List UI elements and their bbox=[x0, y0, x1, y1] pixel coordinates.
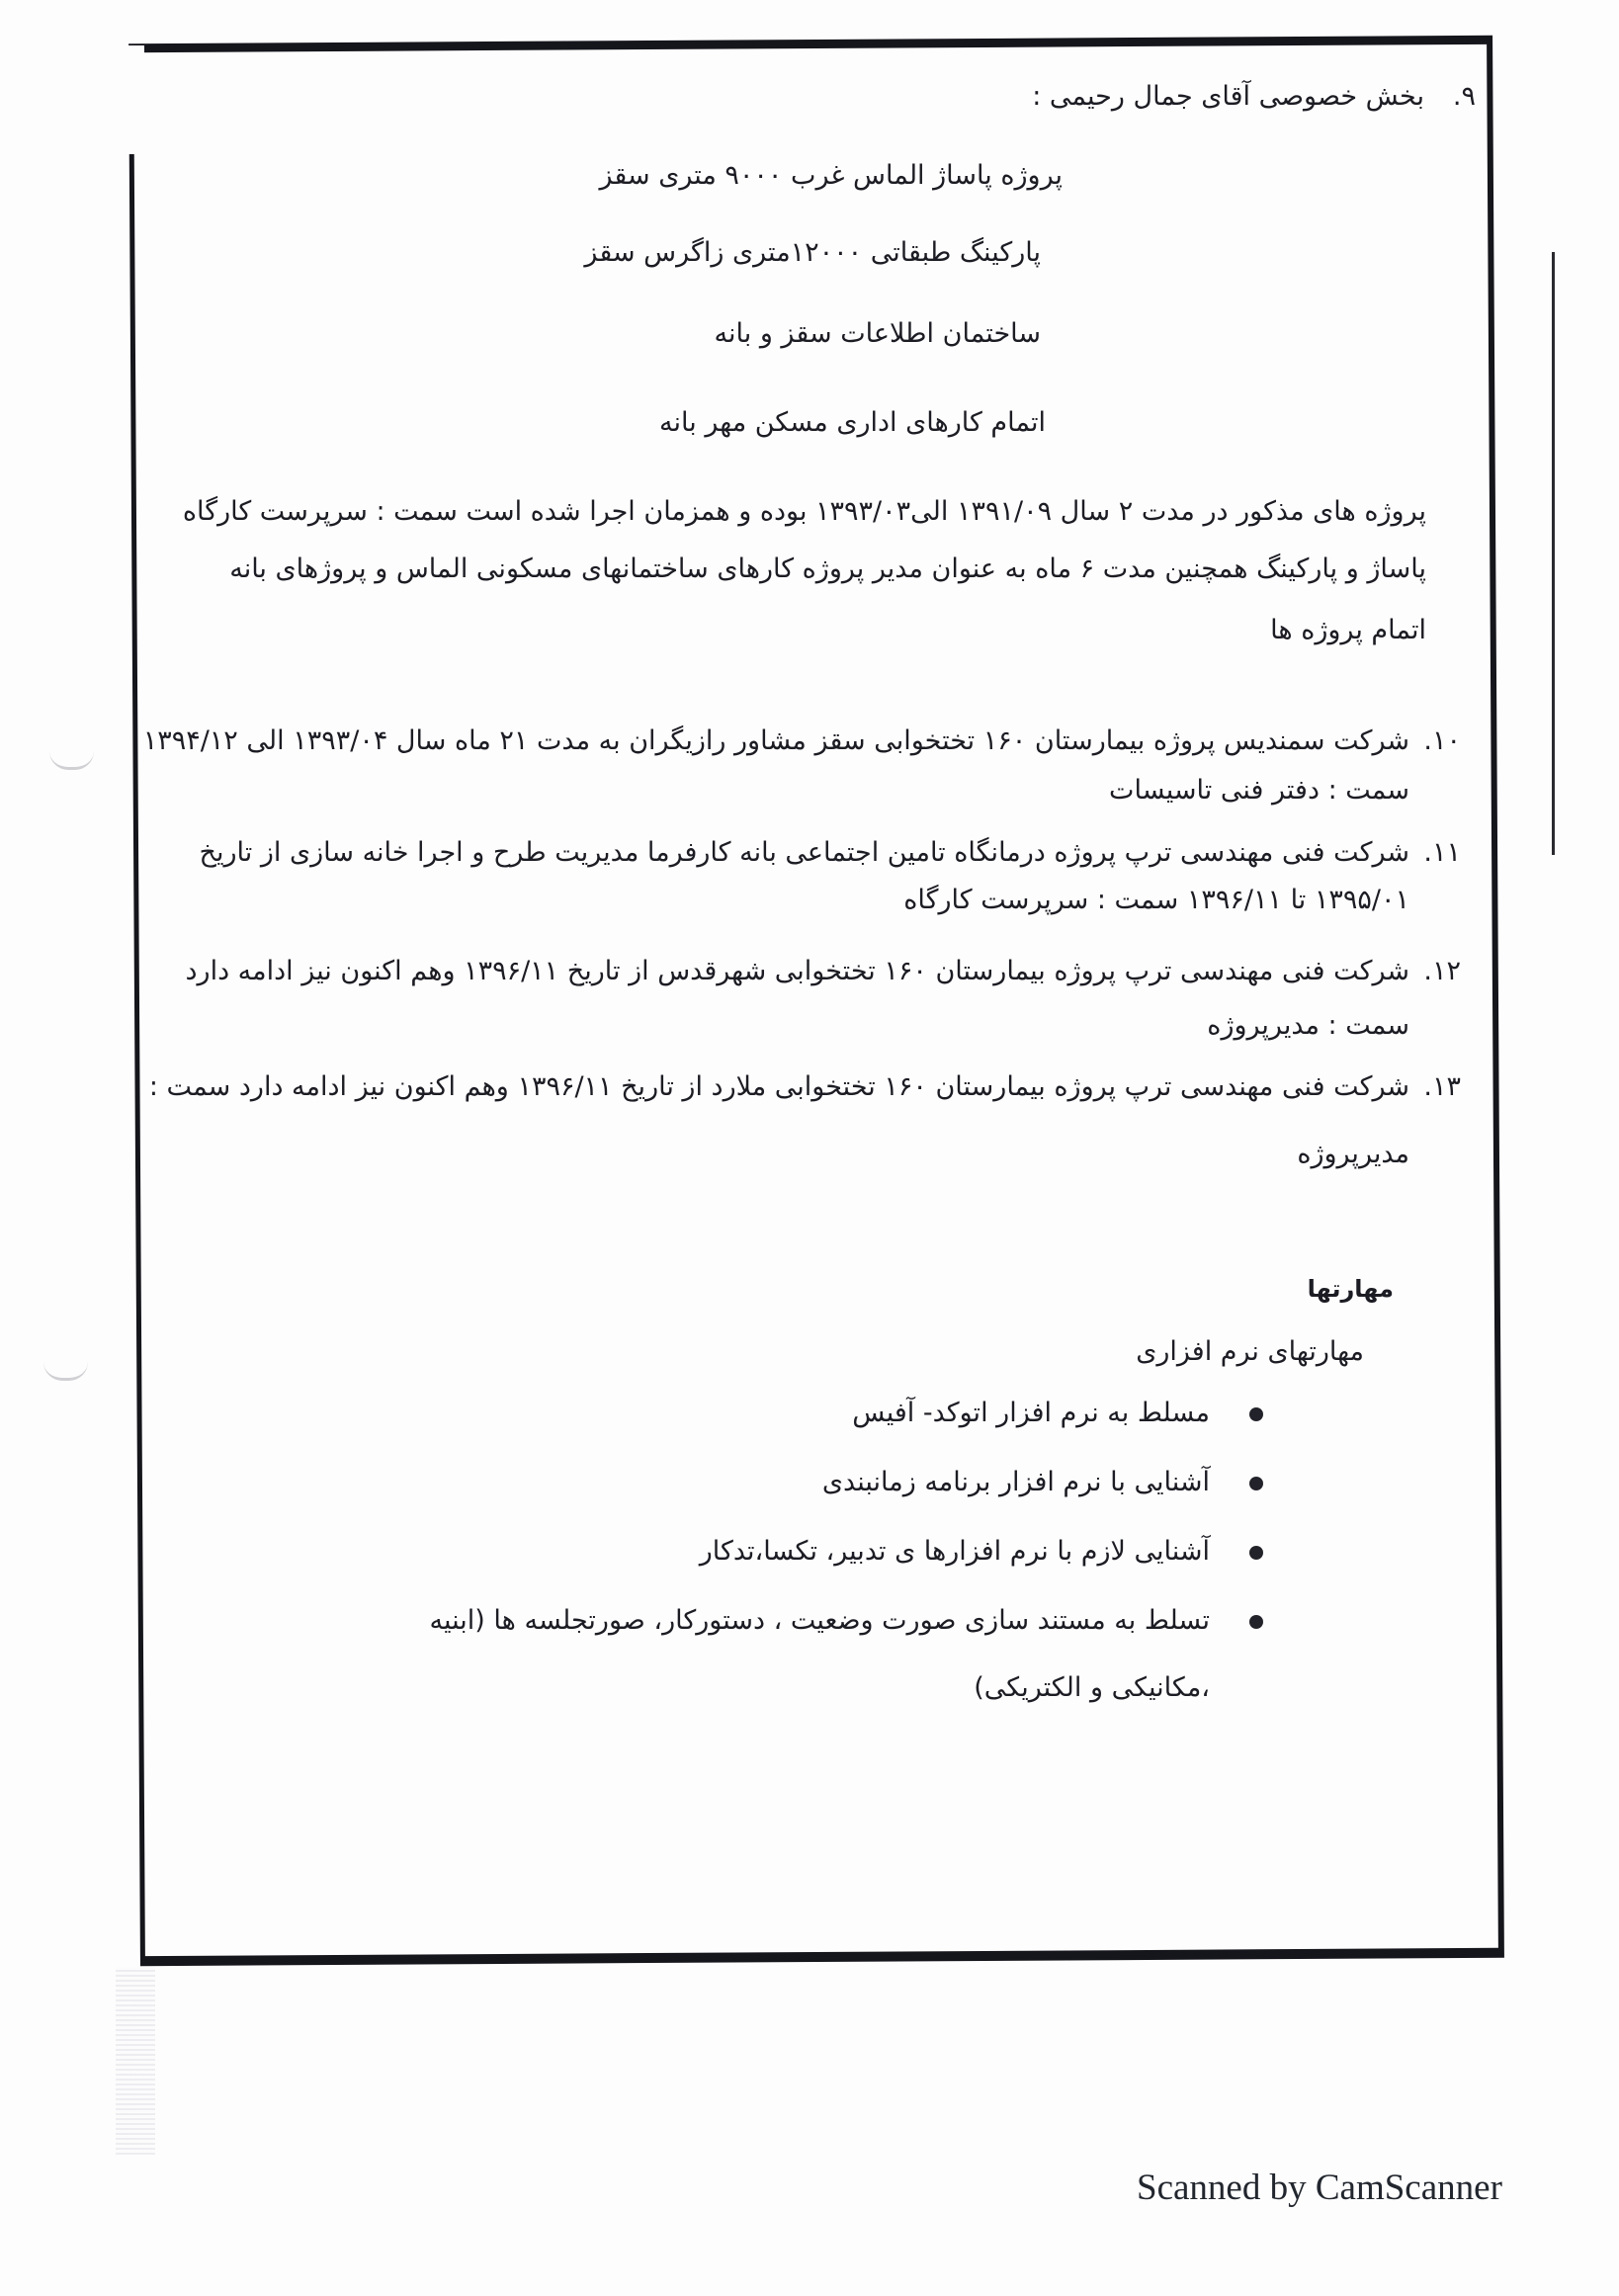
project-line: پروژه پاساژ الماس غرب ۹۰۰۰ متری سقز bbox=[599, 158, 1063, 194]
skill-text-continuation: ،مکانیکی و الکتریکی) bbox=[974, 1670, 1210, 1706]
skill-text: مسلط به نرم افزار اتوکد- آفیس bbox=[852, 1398, 1210, 1428]
paragraph-line: پروژه های مذکور در مدت ۲ سال ۱۳۹۱/۰۹ الی… bbox=[183, 494, 1426, 530]
item-role: ۱۳۹۵/۰۱ تا ۱۳۹۶/۱۱ سمت : سرپرست کارگاه bbox=[903, 883, 1409, 918]
list-item-11: ۱۱.شرکت فنی مهندسی ترپ پروژه درمانگاه تا… bbox=[200, 835, 1461, 871]
skill-bullet-item: تسلط به مستند سازی صورت وضعیت ، دستورکار… bbox=[430, 1603, 1263, 1639]
punch-hole-icon bbox=[43, 1362, 88, 1381]
scan-edge-line bbox=[1552, 252, 1555, 855]
section-9-heading: ۹.بخش خصوصی آقای جمال رحیمی : bbox=[1032, 79, 1476, 115]
skill-bullet-item: آشنایی با نرم افزار برنامه زمانبندی bbox=[822, 1465, 1263, 1500]
list-item-12: ۱۲.شرکت فنی مهندسی ترپ پروژه بیمارستان ۱… bbox=[186, 954, 1461, 989]
scan-noise-strip bbox=[116, 1967, 155, 2155]
bullet-icon bbox=[1249, 1615, 1263, 1629]
project-line: ساختمان اطلاعات سقز و بانه bbox=[715, 316, 1042, 352]
skill-bullet-item: آشنایی لازم با نرم افزارها ی تدبیر، تکسا… bbox=[700, 1534, 1263, 1570]
project-line: اتمام کارهای اداری مسکن مهر بانه bbox=[659, 405, 1046, 441]
skill-text: آشنایی لازم با نرم افزارها ی تدبیر، تکسا… bbox=[700, 1536, 1210, 1567]
paragraph-line: اتمام پروژه ها bbox=[1270, 613, 1426, 648]
item-number: ۱۰. bbox=[1409, 723, 1461, 759]
bullet-icon bbox=[1249, 1477, 1263, 1490]
item-role: سمت : دفتر فنی تاسیسات bbox=[1109, 773, 1409, 808]
skill-text: تسلط به مستند سازی صورت وضعیت ، دستورکار… bbox=[430, 1605, 1210, 1636]
border-gap bbox=[127, 45, 144, 154]
item-text: شرکت سمندیس پروژه بیمارستان ۱۶۰ تختخوابی… bbox=[143, 725, 1409, 756]
item-number: ۱۳. bbox=[1409, 1069, 1461, 1105]
item-number: ۹. bbox=[1424, 79, 1476, 115]
camscanner-watermark: Scanned by CamScanner bbox=[1137, 2167, 1502, 2209]
list-item-13: ۱۳.شرکت فنی مهندسی ترپ پروژه بیمارستان ۱… bbox=[149, 1069, 1461, 1105]
item-number: ۱۱. bbox=[1409, 835, 1461, 871]
paragraph-line: پاساژ و پارکینگ همچنین مدت ۶ ماه به عنوا… bbox=[229, 552, 1426, 587]
list-item-10: ۱۰.شرکت سمندیس پروژه بیمارستان ۱۶۰ تختخو… bbox=[143, 723, 1461, 759]
item-role: سمت : مدیرپروژه bbox=[1207, 1008, 1409, 1044]
item-text: شرکت فنی مهندسی ترپ پروژه بیمارستان ۱۶۰ … bbox=[149, 1071, 1409, 1102]
heading-text: بخش خصوصی آقای جمال رحیمی : bbox=[1032, 81, 1424, 112]
skills-heading: مهارتها bbox=[1308, 1275, 1394, 1303]
skill-text: آشنایی با نرم افزار برنامه زمانبندی bbox=[822, 1467, 1210, 1497]
project-line: پارکینگ طبقاتی ۱۲۰۰۰متری زاگرس سقز bbox=[584, 235, 1041, 271]
punch-hole-icon bbox=[49, 751, 94, 770]
item-role: مدیرپروژه bbox=[1297, 1137, 1409, 1172]
bullet-icon bbox=[1249, 1546, 1263, 1560]
skill-bullet-item: مسلط به نرم افزار اتوکد- آفیس bbox=[852, 1396, 1263, 1431]
item-number: ۱۲. bbox=[1409, 954, 1461, 989]
skills-subheading: مهارتهای نرم افزاری bbox=[1136, 1334, 1364, 1370]
bullet-icon bbox=[1249, 1407, 1263, 1421]
item-text: شرکت فنی مهندسی ترپ پروژه درمانگاه تامین… bbox=[200, 837, 1409, 868]
item-text: شرکت فنی مهندسی ترپ پروژه بیمارستان ۱۶۰ … bbox=[186, 956, 1409, 986]
